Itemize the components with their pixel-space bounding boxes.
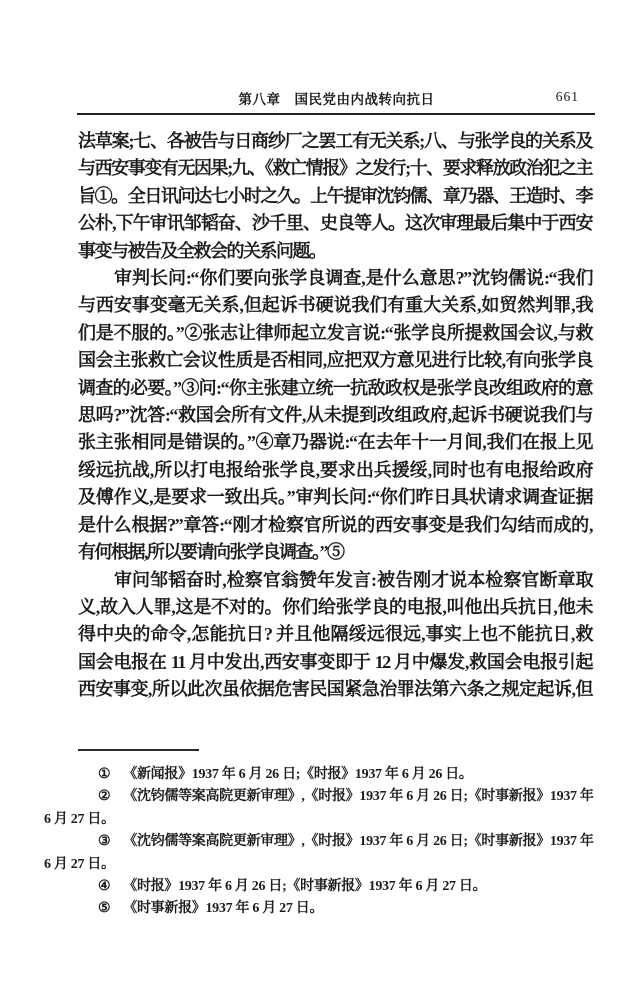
footnote-line: 6 月 27 日。: [44, 854, 592, 876]
footnote-marker: ⑤: [98, 901, 110, 916]
footnote-line: ③《沈钧儒等案高院更新审理》,《时报》1937 年 6 月 26 日;《时事新报…: [44, 831, 592, 853]
footnote-text: 《沈钧儒等案高院更新审理》,《时报》1937 年 6 月 26 日;《时事新报》…: [123, 789, 593, 804]
text-line: 审问邹韬奋时,检察官翁赞年发言:被告刚才说本检察官断章取: [78, 567, 592, 594]
text-line: 国会电报在 11 月中发出,西安事变即于 12 月中爆发,救国会电报引起: [78, 649, 592, 676]
text-line: 法草案;七、各被告与日商纱厂之罢工有无关系;八、与张学良的关系及: [78, 128, 592, 155]
paragraph: 法草案;七、各被告与日商纱厂之罢工有无关系;八、与张学良的关系及 与西安事变有无…: [78, 128, 592, 265]
text-line: 义,故入人罪,这是不对的。你们给张学良的电报,叫他出兵抗日,他未: [78, 594, 592, 621]
footnote-separator: [78, 749, 199, 751]
text-line: 及傅作义,是要求一致出兵。”审判长问:“你们昨日具状请求调查证据: [78, 484, 592, 511]
footnote-marker: ④: [98, 879, 110, 894]
text-line: 们是不服的。”②张志让律师起立发言说:“张学良所提救国会议,与救: [78, 320, 592, 347]
paragraph: 审判长问:“你们要向张学良调查,是什么意思?”沈钧儒说:“我们 与西安事变毫无关…: [78, 265, 592, 566]
footnotes: ①《新闻报》1937 年 6 月 26 日;《时报》1937 年 6 月 26 …: [44, 764, 592, 921]
footnote-text: 《时事新报》1937 年 6 月 27 日。: [123, 901, 323, 916]
running-header: 第八章 国民党由内战转向抗日 661: [78, 88, 595, 108]
book-page: 第八章 国民党由内战转向抗日 661 法草案;七、各被告与日商纱厂之罢工有无关系…: [0, 0, 644, 1000]
footnote-text: 《新闻报》1937 年 6 月 26 日;《时报》1937 年 6 月 26 日…: [123, 767, 472, 782]
text-line: 与西安事变毫无关系,但起诉书硬说我们有重大关系,如贸然判罪,我: [78, 292, 592, 319]
text-line: 旨①。全日讯问达七小时之久。上午提审沈钧儒、章乃器、王造时、李: [78, 183, 592, 210]
paragraph: 审问邹韬奋时,检察官翁赞年发言:被告刚才说本检察官断章取 义,故入人罪,这是不对…: [78, 567, 592, 704]
text-line: 事变与被告及全救会的关系问题。: [78, 238, 592, 265]
text-line: 与西安事变有无因果;九、《救亡情报》之发行;十、要求释放政治犯之主: [78, 155, 592, 182]
footnote-line: ⑤《时事新报》1937 年 6 月 27 日。: [44, 898, 592, 920]
text-line: 是什么根据?”章答:“刚才检察官所说的西安事变是我们勾结而成的,: [78, 512, 592, 539]
footnote-text: 《沈钧儒等案高院更新审理》,《时报》1937 年 6 月 26 日;《时事新报》…: [123, 834, 593, 849]
footnote-marker: ③: [98, 834, 110, 849]
text-line: 公朴,下午审讯邹韬奋、沙千里、史良等人。这次审理最后集中于西安: [78, 210, 592, 237]
header-rule: [77, 113, 595, 115]
footnote-line: ④《时报》1937 年 6 月 26 日;《时事新报》1937 年 6 月 27…: [44, 876, 592, 898]
text-line: 绥远抗战,所以打电报给张学良,要求出兵援绥,同时也有电报给政府: [78, 457, 592, 484]
text-line: 得中央的命令,怎能抗日? 并且他隔绥远很远,事实上也不能抗日,救: [78, 621, 592, 648]
chapter-title: 第八章 国民党由内战转向抗日: [78, 88, 595, 108]
footnote-marker: ①: [98, 767, 110, 782]
footnote-line: ②《沈钧儒等案高院更新审理》,《时报》1937 年 6 月 26 日;《时事新报…: [44, 786, 592, 808]
footnote-marker: ②: [98, 789, 110, 804]
footnote-line: ①《新闻报》1937 年 6 月 26 日;《时报》1937 年 6 月 26 …: [44, 764, 592, 786]
text-line: 张主张相同是错误的。”④章乃器说:“在去年十一月间,我们在报上见: [78, 429, 592, 456]
footnote-text: 《时报》1937 年 6 月 26 日;《时事新报》1937 年 6 月 27 …: [123, 879, 486, 894]
text-line: 思吗?”沈答:“救国会所有文件,从未提到改组政府,起诉书硬说我们与: [78, 402, 592, 429]
text-line: 国会主张救亡会议性质是否相同,应把双方意见进行比较,有向张学良: [78, 347, 592, 374]
page-number: 661: [556, 89, 579, 105]
text-line: 有何根据,所以要请向张学良调查。”⑤: [78, 539, 592, 566]
text-line: 审判长问:“你们要向张学良调查,是什么意思?”沈钧儒说:“我们: [78, 265, 592, 292]
footnote-line: 6 月 27 日。: [44, 809, 592, 831]
body-text: 法草案;七、各被告与日商纱厂之罢工有无关系;八、与张学良的关系及 与西安事变有无…: [78, 128, 592, 704]
text-line: 西安事变,所以此次虽依据危害民国紧急治罪法第六条之规定起诉,但: [78, 676, 592, 703]
text-line: 调查的必要。”③问:“你主张建立统一抗敌政权是张学良改组政府的意: [78, 375, 592, 402]
